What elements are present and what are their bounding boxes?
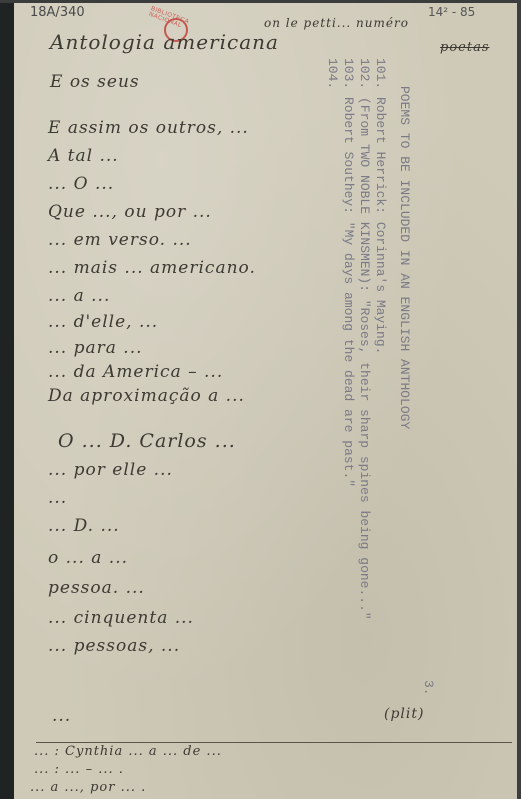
scan-right-border <box>517 0 521 799</box>
handwritten-line: ... O ... <box>48 174 114 194</box>
handwritten-line: Da aproximação a ... <box>48 386 245 406</box>
handwritten-line: E assim os outros, ... <box>48 118 249 138</box>
handwritten-line: pessoa. ... <box>48 578 145 598</box>
footer-line: ... : Cynthia ... a ... de ... <box>34 744 222 759</box>
handwritten-line: ... <box>52 706 71 726</box>
catalog-number: 18A/340 <box>30 5 85 20</box>
typed-item-101: 101. Robert Herrick: Corinna's Maying. <box>374 58 387 354</box>
handwritten-line: ... em verso. ... <box>48 230 192 250</box>
handwritten-line: ... para ... <box>48 338 143 358</box>
typed-heading: POEMS TO BE INCLUDED IN AN ENGLISH ANTHO… <box>398 86 411 429</box>
margin-note-struck: poetas <box>440 40 490 55</box>
footer-line: ... : ... – ... . <box>34 762 124 777</box>
handwritten-line: ... mais ... americano. <box>48 258 256 278</box>
bracket-note: (plit) <box>384 706 424 722</box>
divider-line <box>36 742 512 743</box>
footer-line: ... a ..., por ... . <box>30 780 146 795</box>
handwritten-line: ... da America – ... <box>48 362 223 382</box>
date-annotation: 14² - 85 <box>428 5 475 19</box>
handwritten-line: A tal ... <box>48 146 119 166</box>
handwritten-line: ... D. ... <box>48 516 120 536</box>
handwritten-line: O ... D. Carlos ... <box>58 430 236 452</box>
handwritten-line: o ... a ... <box>48 548 128 568</box>
handwritten-line: ... a ... <box>48 286 110 306</box>
handwritten-line: ... <box>48 488 67 508</box>
handwritten-line: Que ..., ou por ... <box>48 202 212 222</box>
handwritten-line: ... por elle ... <box>48 460 173 480</box>
typed-item-103: 103. Robert Southey: "My days among the … <box>342 58 355 487</box>
typed-item-102: 102. (From TWO NOBLE KINSMEN): "Roses, t… <box>358 58 371 620</box>
handwritten-line: ... cinquenta ... <box>48 608 194 628</box>
handwritten-line: ... pessoas, ... <box>48 636 180 656</box>
scan-left-border <box>0 0 14 799</box>
margin-note-top: on le petti... numéro <box>264 16 409 30</box>
handwritten-line: E os seus <box>50 72 140 92</box>
handwritten-title: Antologia americana <box>50 30 279 54</box>
handwritten-line: ... d'elle, ... <box>48 312 158 332</box>
typed-item-104: 104. <box>326 58 339 89</box>
scan-top-border <box>0 0 521 3</box>
typed-page-number: 3. <box>422 680 435 696</box>
